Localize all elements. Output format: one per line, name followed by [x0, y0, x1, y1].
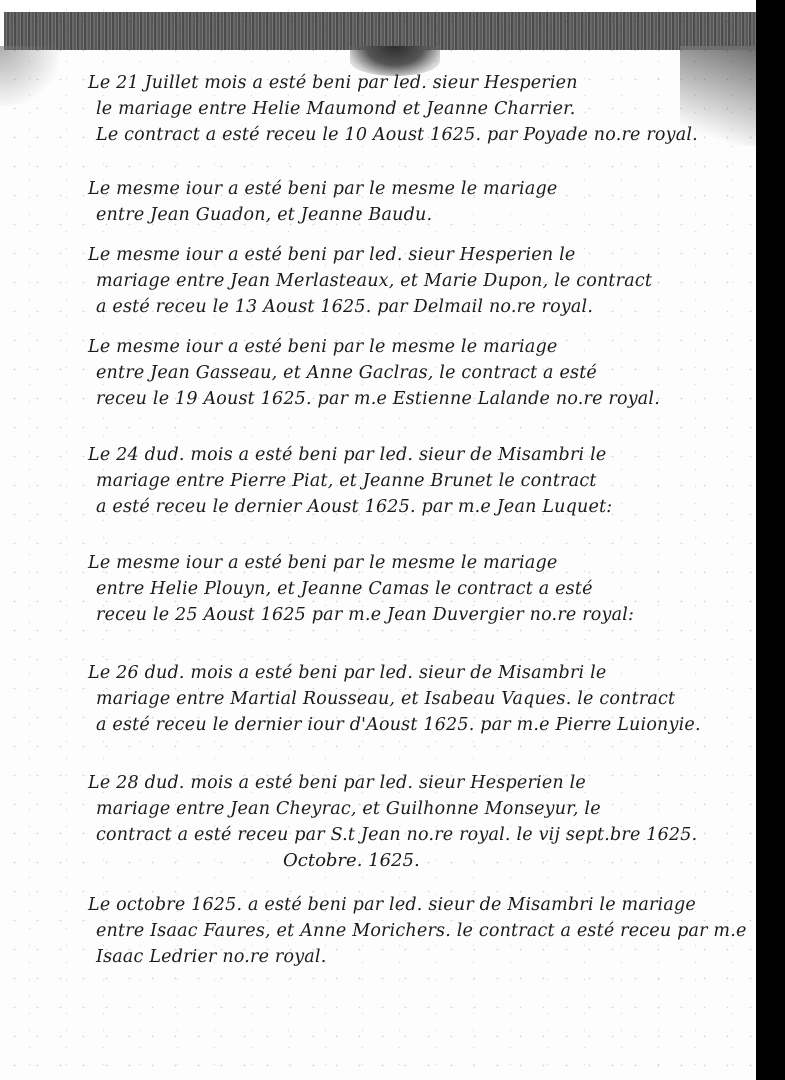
- register-entries: Le 21 Juillet mois a esté beni par led. …: [88, 70, 728, 970]
- entry-line: Le mesme iour a esté beni par le mesme l…: [88, 550, 728, 576]
- entry-line: mariage entre Pierre Piat, et Jeanne Bru…: [88, 468, 728, 494]
- entry-line: mariage entre Jean Merlasteaux, et Marie…: [88, 268, 728, 294]
- scan-shadow-corner-left: [0, 46, 60, 106]
- entry-line: a esté receu le dernier Aoust 1625. par …: [88, 494, 728, 520]
- entry-line: entre Jean Gasseau, et Anne Gaclras, le …: [88, 360, 728, 386]
- marriage-entry: Le octobre 1625. a esté beni par led. si…: [88, 892, 728, 970]
- entry-line: Le octobre 1625. a esté beni par led. si…: [88, 892, 728, 918]
- entry-line: Le mesme iour a esté beni par led. sieur…: [88, 242, 728, 268]
- entry-line: receu le 19 Aoust 1625. par m.e Estienne…: [88, 386, 728, 412]
- marriage-entry: Le mesme iour a esté beni par le mesme l…: [88, 550, 728, 628]
- entry-line: Le mesme iour a esté beni par le mesme l…: [88, 176, 728, 202]
- scanned-page: Le 21 Juillet mois a esté beni par led. …: [0, 0, 765, 1080]
- entry-line: Le 28 dud. mois a esté beni par led. sie…: [88, 770, 728, 796]
- marriage-entry: Le 21 Juillet mois a esté beni par led. …: [88, 70, 728, 148]
- marriage-entry: Le 26 dud. mois a esté beni par led. sie…: [88, 660, 728, 738]
- entry-line: a esté receu le 13 Aoust 1625. par Delma…: [88, 294, 728, 320]
- scan-shadow-band: [4, 12, 756, 50]
- marriage-entry: Le 24 dud. mois a esté beni par led. sie…: [88, 442, 728, 520]
- entry-line: mariage entre Jean Cheyrac, et Guilhonne…: [88, 796, 728, 822]
- month-heading: Octobre. 1625.: [88, 848, 728, 878]
- entry-line: entre Jean Guadon, et Jeanne Baudu.: [88, 202, 728, 228]
- scan-border: [756, 0, 785, 1080]
- entry-line: a esté receu le dernier iour d'Aoust 162…: [88, 712, 728, 738]
- entry-line: Isaac Ledrier no.re royal.: [88, 944, 728, 970]
- marriage-entry: Le mesme iour a esté beni par le mesme l…: [88, 334, 728, 412]
- marriage-entry: Le mesme iour a esté beni par led. sieur…: [88, 242, 728, 320]
- entry-line: receu le 25 Aoust 1625 par m.e Jean Duve…: [88, 602, 728, 628]
- entry-line: le mariage entre Helie Maumond et Jeanne…: [88, 96, 728, 122]
- entry-line: entre Isaac Faures, et Anne Morichers. l…: [88, 918, 728, 944]
- marriage-entry: Le mesme iour a esté beni par le mesme l…: [88, 176, 728, 228]
- entry-line: Le mesme iour a esté beni par le mesme l…: [88, 334, 728, 360]
- entry-line: Le contract a esté receu le 10 Aoust 162…: [88, 122, 728, 148]
- entry-line: mariage entre Martial Rousseau, et Isabe…: [88, 686, 728, 712]
- marriage-entry: Le 28 dud. mois a esté beni par led. sie…: [88, 770, 728, 848]
- entry-line: Le 21 Juillet mois a esté beni par led. …: [88, 70, 728, 96]
- entry-line: Le 24 dud. mois a esté beni par led. sie…: [88, 442, 728, 468]
- entry-line: Le 26 dud. mois a esté beni par led. sie…: [88, 660, 728, 686]
- entry-line: entre Helie Plouyn, et Jeanne Camas le c…: [88, 576, 728, 602]
- entry-line: contract a esté receu par S.t Jean no.re…: [88, 822, 728, 848]
